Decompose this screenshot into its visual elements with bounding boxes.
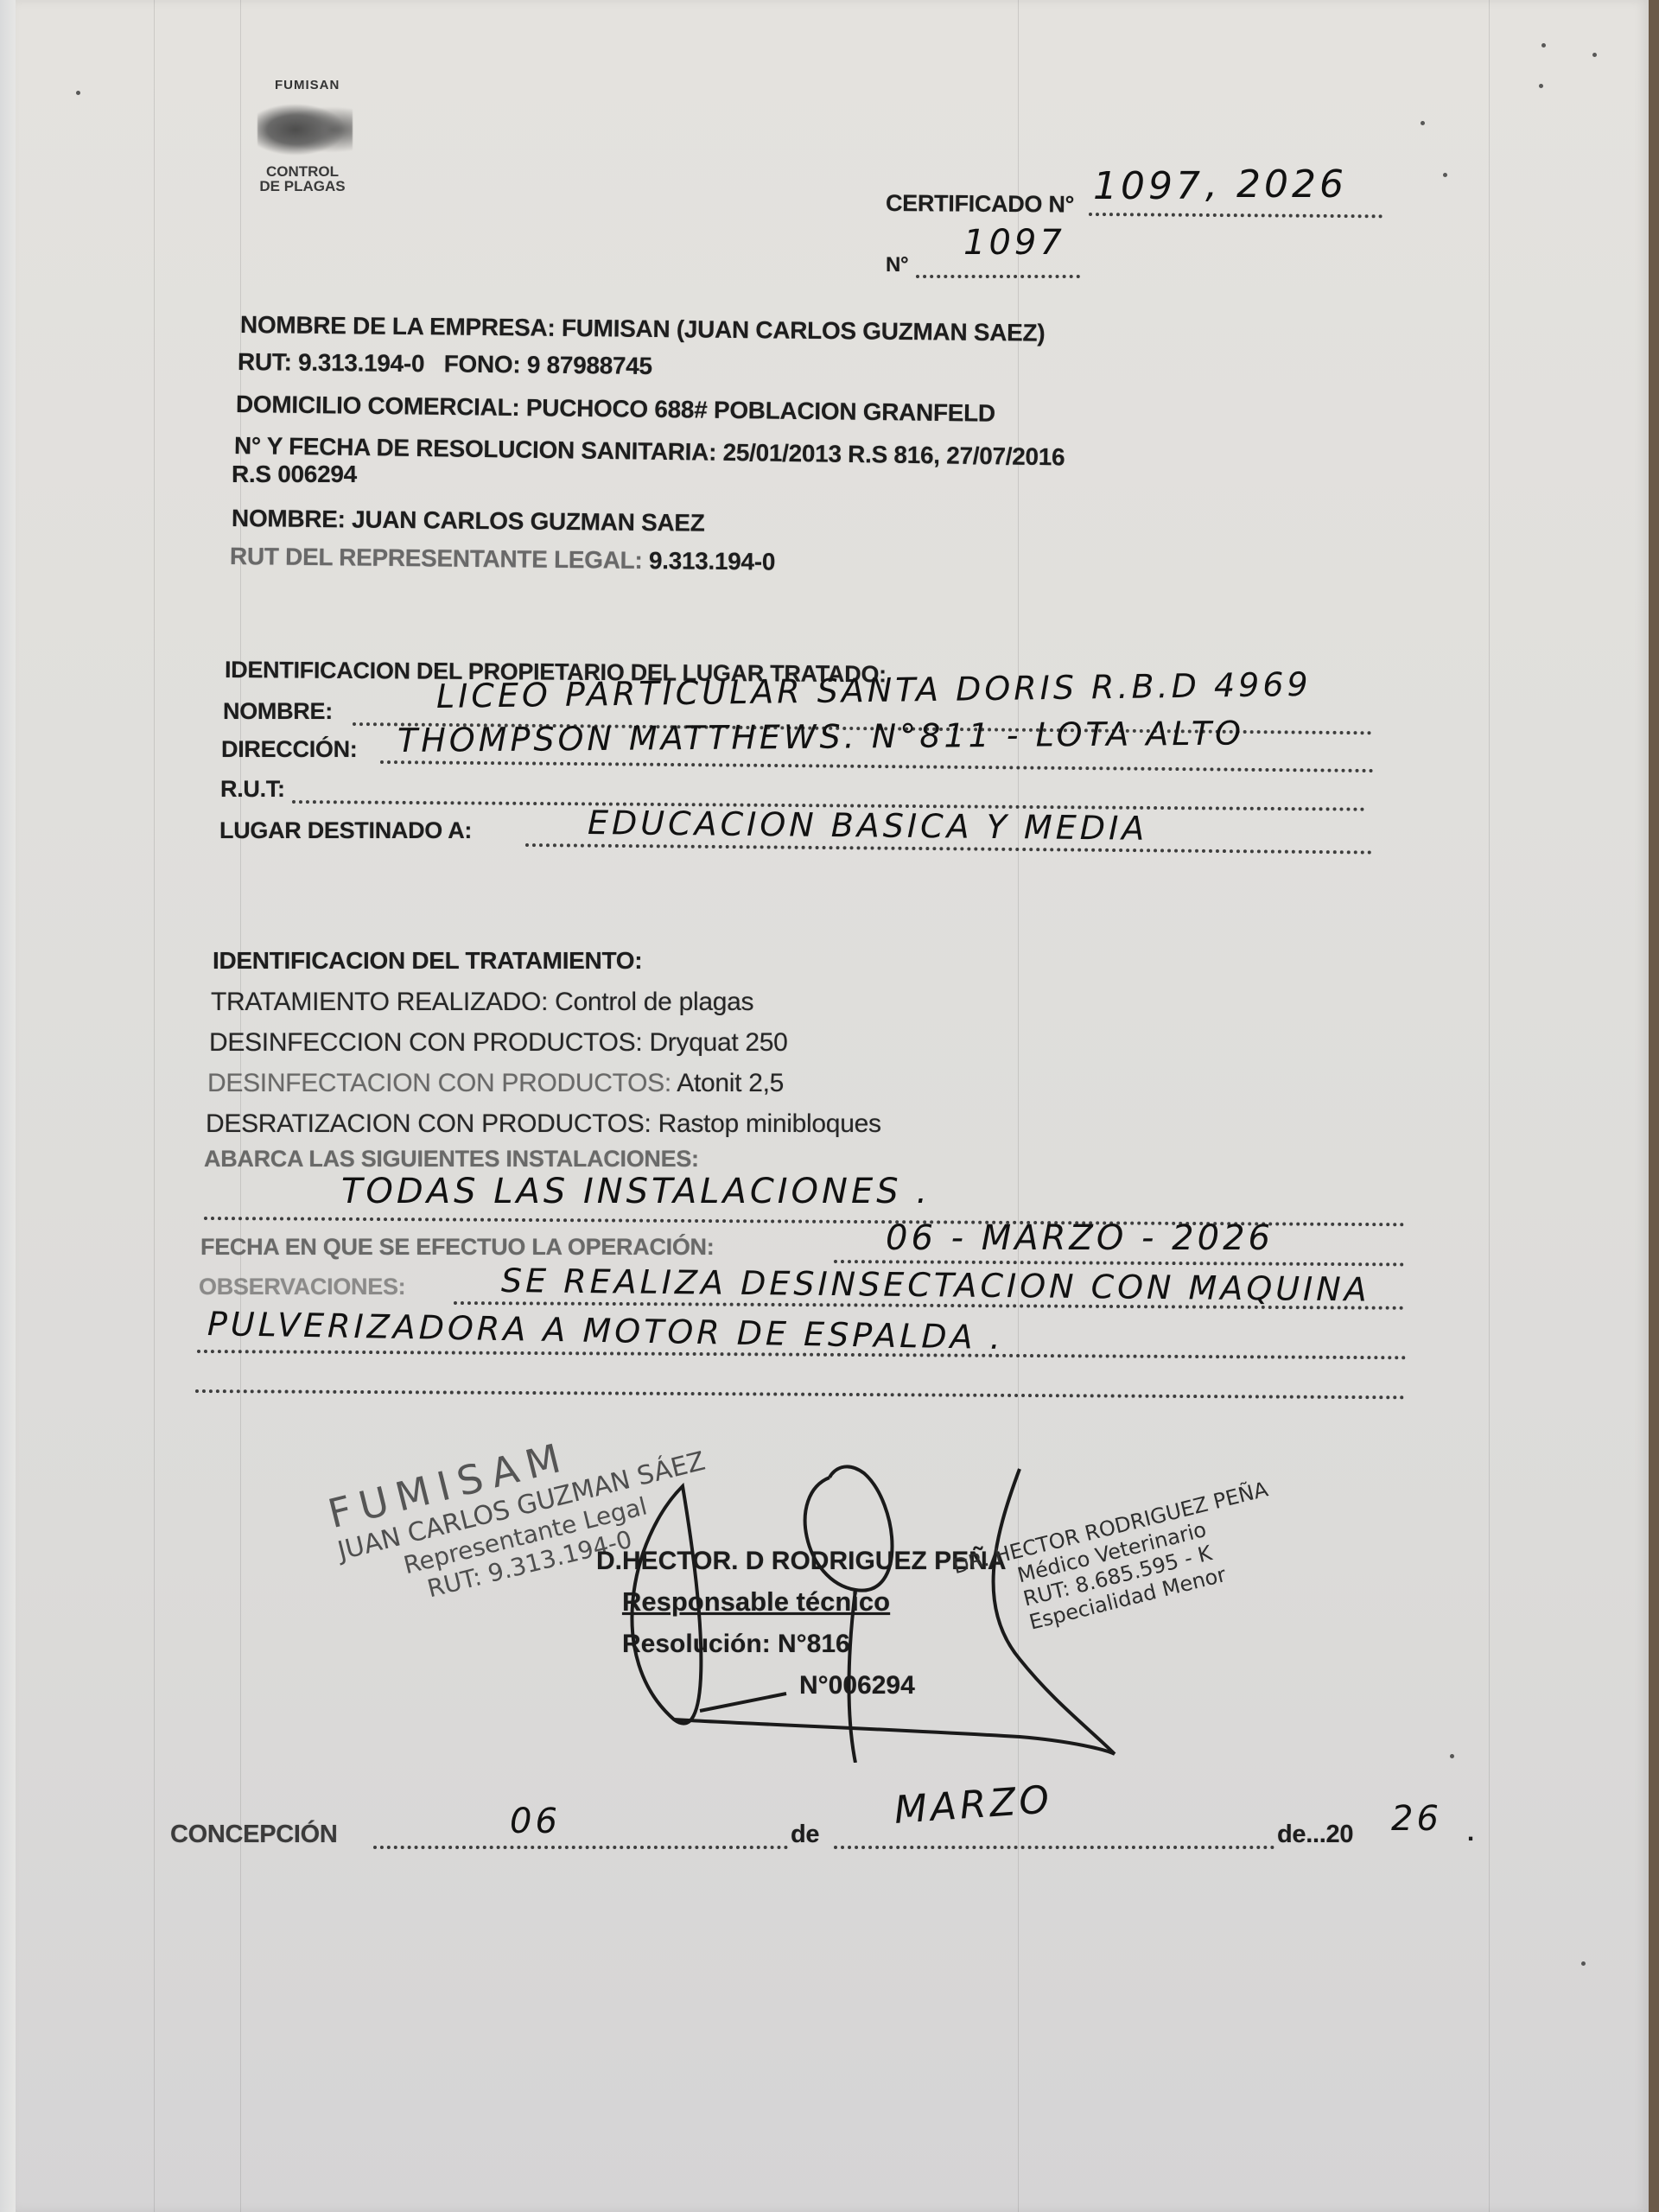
representative-rut-label: RUT DEL REPRESENTANTE LEGAL: bbox=[230, 543, 643, 574]
ink-speck bbox=[76, 91, 80, 95]
owner-address-handwritten: THOMPSON MATTHEWS. N°811 - LOTA ALTO bbox=[397, 714, 1244, 760]
certificate-number-handwritten: 1097 bbox=[1093, 164, 1204, 208]
technical-manager-resolution-2: N°006294 bbox=[799, 1671, 1006, 1700]
number-handwritten: 1097 bbox=[963, 223, 1065, 263]
company-resolution-value: 25/01/2013 R.S 816, 27/07/2016 bbox=[722, 439, 1065, 471]
footer-city: CONCEPCIÓN bbox=[170, 1821, 338, 1849]
deratization-value: Rastop minibloques bbox=[658, 1109, 881, 1138]
company-rut-label: RUT: bbox=[238, 348, 292, 376]
logo-brand: FUMISAN bbox=[275, 78, 340, 92]
company-rut-value: 9.313.194-0 bbox=[298, 349, 424, 378]
owner-name-label: NOMBRE: bbox=[223, 698, 333, 725]
representative-rut-value: 9.313.194-0 bbox=[649, 547, 775, 575]
operation-date-handwritten: 06 - MARZO - 2026 bbox=[886, 1218, 1274, 1258]
facilities-label: ABARCA LAS SIGUIENTES INSTALACIONES: bbox=[204, 1146, 699, 1173]
footer-day-handwritten: 06 bbox=[510, 1802, 561, 1841]
company-phone-label: FONO: bbox=[444, 351, 521, 378]
ink-speck bbox=[1541, 43, 1546, 48]
technical-manager-role: Responsable técnico bbox=[622, 1586, 1006, 1618]
footer-de-2: de...20 bbox=[1277, 1821, 1353, 1849]
company-name-label: NOMBRE DE LA EMPRESA: bbox=[240, 311, 556, 341]
deratization-line: DESRATIZACION CON PRODUCTOS: Rastop mini… bbox=[206, 1109, 881, 1139]
certificate-year-value: 2026 bbox=[1236, 162, 1347, 207]
owner-address-label: DIRECCIÓN: bbox=[221, 736, 358, 763]
certificate-number-label: CERTIFICADO N° bbox=[886, 190, 1074, 219]
ink-speck bbox=[1450, 1754, 1454, 1758]
ink-speck bbox=[1581, 1961, 1586, 1966]
treatment-performed-label: TRATAMIENTO REALIZADO: bbox=[211, 988, 548, 1016]
disinfection-line: DESINFECCION CON PRODUCTOS: Dryquat 250 bbox=[209, 1028, 788, 1058]
operation-date-label: FECHA EN QUE SE EFECTUO LA OPERACIÓN: bbox=[200, 1234, 714, 1261]
paper-fold-line bbox=[1489, 0, 1490, 2212]
representative-name-line: NOMBRE: JUAN CARLOS GUZMAN SAEZ bbox=[232, 505, 705, 537]
technical-manager-resolution: Resolución: N°816 bbox=[622, 1630, 1006, 1659]
footer-month-line bbox=[834, 1846, 1274, 1849]
ink-speck bbox=[1421, 121, 1425, 125]
company-rut-line: RUT: 9.313.194-0 FONO: 9 87988745 bbox=[238, 348, 652, 380]
disinfection-value: Dryquat 250 bbox=[649, 1028, 787, 1057]
ink-speck bbox=[1539, 84, 1543, 88]
technical-manager-block: D.HECTOR. D RODRIGUEZ PEÑA Responsable t… bbox=[596, 1547, 1006, 1700]
treatment-performed-line: TRATAMIENTO REALIZADO: Control de plagas bbox=[211, 988, 753, 1017]
treatment-performed-value: Control de plagas bbox=[555, 988, 753, 1016]
disinsection-line: DESINFECTACION CON PRODUCTOS: Atonit 2,5 bbox=[207, 1069, 784, 1098]
paper-fold-line bbox=[154, 0, 155, 2212]
treatment-section-title: IDENTIFICACION DEL TRATAMIENTO: bbox=[213, 947, 642, 975]
representative-name-value: JUAN CARLOS GUZMAN SAEZ bbox=[352, 505, 705, 536]
company-phone-value: 9 87988745 bbox=[527, 352, 652, 380]
company-resolution-continued: R.S 006294 bbox=[232, 461, 357, 488]
ink-speck bbox=[1443, 173, 1447, 177]
number-line bbox=[916, 275, 1080, 278]
logo-emblem-icon bbox=[257, 100, 353, 159]
representative-name-label: NOMBRE: bbox=[232, 505, 346, 532]
owner-rut-label: R.U.T: bbox=[220, 776, 285, 803]
company-address-label: DOMICILIO COMERCIAL: bbox=[236, 391, 520, 421]
disinsection-label: DESINFECTACION CON PRODUCTOS: bbox=[207, 1069, 671, 1097]
certificate-year-handwritten: , 2026 bbox=[1205, 162, 1347, 207]
technical-manager-name: D.HECTOR. D RODRIGUEZ PEÑA bbox=[596, 1547, 1006, 1576]
deratization-label: DESRATIZACION CON PRODUCTOS: bbox=[206, 1109, 652, 1138]
company-logo: FUMISAN CONTROL DE PLAGAS bbox=[251, 78, 363, 203]
footer-de-1: de bbox=[791, 1821, 819, 1849]
owner-purpose-label: LUGAR DESTINADO A: bbox=[219, 817, 472, 844]
company-name-value: FUMISAN (JUAN CARLOS GUZMAN SAEZ) bbox=[562, 315, 1046, 346]
representative-rut-line: RUT DEL REPRESENTANTE LEGAL: 9.313.194-0 bbox=[230, 543, 775, 576]
background-surface bbox=[0, 0, 17, 2212]
company-address-value: PUCHOCO 688# POBLACION GRANFELD bbox=[526, 394, 995, 427]
disinsection-value: Atonit 2,5 bbox=[677, 1069, 784, 1097]
logo-subtitle: CONTROL DE PLAGAS bbox=[251, 164, 354, 194]
number-label: N° bbox=[886, 253, 908, 277]
owner-purpose-handwritten: EDUCACION BASICA Y MEDIA bbox=[588, 804, 1148, 848]
logo-subtitle-line1: CONTROL bbox=[251, 164, 354, 179]
ink-speck bbox=[1592, 53, 1597, 57]
footer-period: . bbox=[1467, 1819, 1474, 1847]
logo-subtitle-line2: DE PLAGAS bbox=[251, 179, 354, 194]
footer-year-handwritten: 26 bbox=[1391, 1799, 1442, 1839]
disinfection-label: DESINFECCION CON PRODUCTOS: bbox=[209, 1028, 642, 1057]
observations-label: OBSERVACIONES: bbox=[199, 1274, 405, 1300]
footer-day-line bbox=[373, 1846, 788, 1849]
facilities-handwritten: TODAS LAS INSTALACIONES . bbox=[341, 1172, 931, 1211]
